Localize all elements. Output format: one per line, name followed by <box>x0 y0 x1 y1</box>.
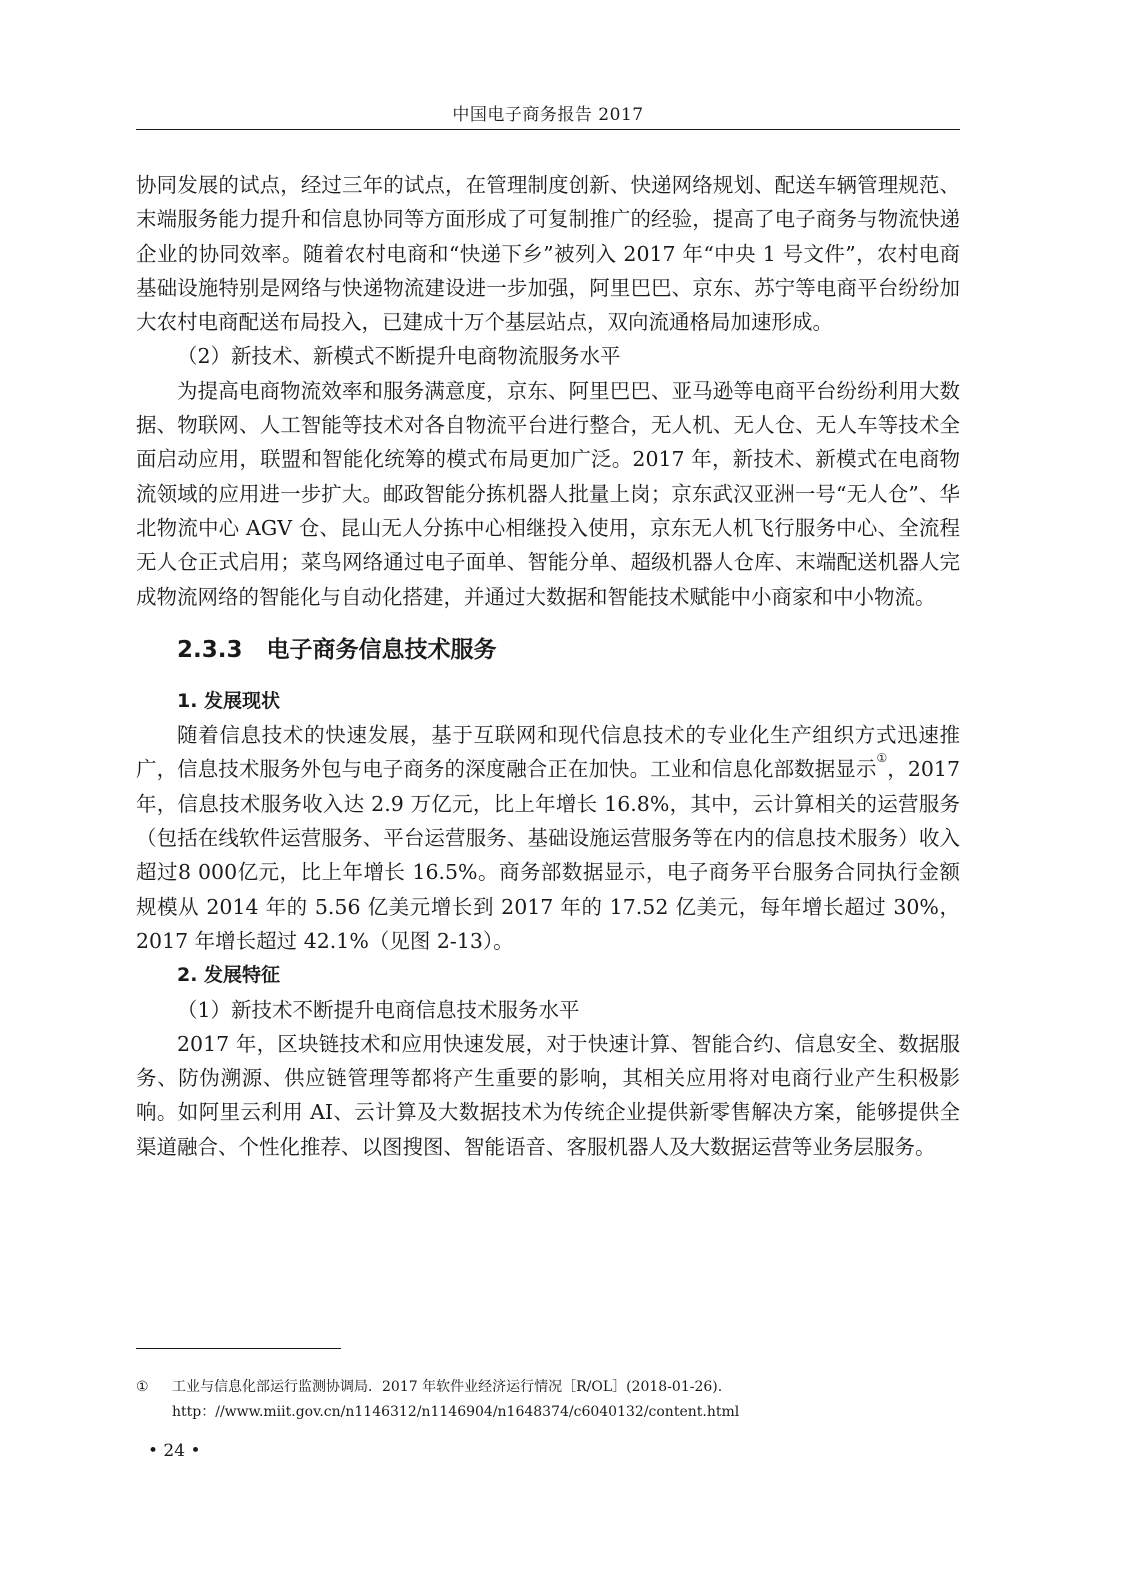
running-header-title: 中国电子商务报告 2017 <box>136 100 960 125</box>
section-heading: 2.3.3电子商务信息技术服务 <box>136 630 960 670</box>
footnote-citation: ①工业与信息化部运行监测协调局．2017 年软件业经济运行情况［R/OL］(20… <box>136 1375 960 1400</box>
paragraph-logistics-technology: 为提高电商物流效率和服务满意度，京东、阿里巴巴、亚马逊等电商平台纷纷利用大数据、… <box>136 374 960 614</box>
footnote: ①工业与信息化部运行监测协调局．2017 年软件业经济运行情况［R/OL］(20… <box>136 1375 960 1425</box>
paragraph-rural-logistics: 协同发展的试点，经过三年的试点，在管理制度创新、快递网络规划、配送车辆管理规范、… <box>136 168 960 339</box>
footnote-divider <box>136 1348 341 1349</box>
subsection-heading-status: 1. 发展现状 <box>136 684 960 718</box>
subsection-heading-features: 2. 发展特征 <box>136 958 960 992</box>
footnote-citation-text: 工业与信息化部运行监测协调局．2017 年软件业经济运行情况［R/OL］(201… <box>172 1379 722 1395</box>
header-divider <box>136 129 960 130</box>
paragraph-it-services-status: 随着信息技术的快速发展，基于互联网和现代信息技术的专业化生产组织方式迅速推广，信… <box>136 718 960 958</box>
page-body: 协同发展的试点，经过三年的试点，在管理制度创新、快递网络规划、配送车辆管理规范、… <box>136 168 960 1164</box>
list-item-new-tech-logistics: （2）新技术、新模式不断提升电商物流服务水平 <box>136 339 960 373</box>
footnote-reference-link[interactable]: ① <box>876 751 887 765</box>
page-number: • 24 • <box>148 1441 201 1461</box>
list-item-new-tech-it-services: （1）新技术不断提升电商信息技术服务水平 <box>136 993 960 1027</box>
footnote-marker: ① <box>136 1375 172 1400</box>
section-number: 2.3.3 <box>177 637 243 663</box>
paragraph-blockchain: 2017 年，区块链技术和应用快速发展，对于快速计算、智能合约、信息安全、数据服… <box>136 1027 960 1164</box>
section-title-text: 电子商务信息技术服务 <box>267 637 497 663</box>
paragraph-text-part-2: ，2017 年，信息技术服务收入达 2.9 万亿元，比上年增长 16.8%，其中… <box>136 757 960 952</box>
footnote-url-link[interactable]: http：//www.miit.gov.cn/n1146312/n1146904… <box>136 1400 960 1425</box>
paragraph-text-part-1: 随着信息技术的快速发展，基于互联网和现代信息技术的专业化生产组织方式迅速推广，信… <box>136 723 960 781</box>
